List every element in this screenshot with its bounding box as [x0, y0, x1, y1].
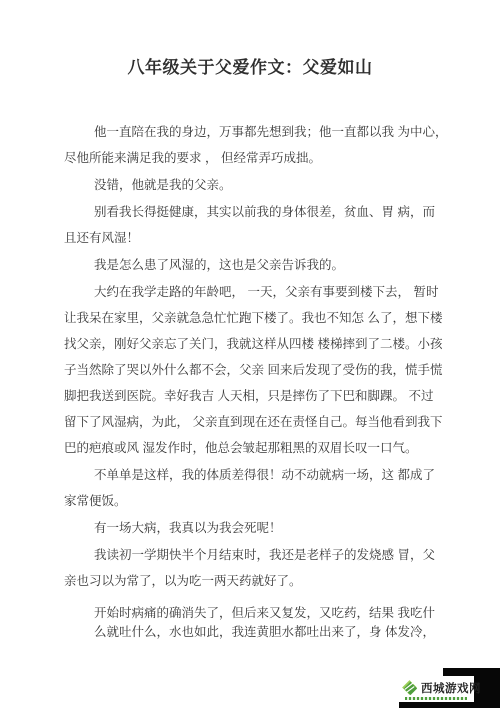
text-line: 有一场大病，我真以为我会死呢！ [64, 515, 446, 541]
watermark-tagline [405, 697, 467, 700]
text-line: 脚把我送到医院。幸好我吉 人天相，只是摔伤了下巴和脚踝。 不过 [64, 383, 446, 409]
text-line: 别看我长得挺健康，其实以前我的身体很差，贫血、胃 病，而 [64, 199, 446, 225]
page-title: 八年级关于父爱作文：父爱如山 [0, 56, 500, 80]
text-line: 让我呆在家里，父亲就急急忙忙跑下楼了。我也不知怎 么了，想下楼 [64, 305, 446, 331]
text-line: 大约在我学走路的年龄吧， 一天，父亲有事要到楼下去， 暂时 [64, 279, 446, 305]
text-line: 家常便饭。 [64, 488, 446, 514]
text-line: 他一直陪在我的身边，万事都先想到我；他一直都以我 为中心， [64, 119, 446, 145]
text-line: 我读初一学期快半个月结束时，我还是老样子的发烧感 冒，父 [64, 542, 446, 568]
text-line: 么就吐什么，水也如此，我连黄胆水都吐出来了，身 体发冷， [64, 623, 446, 642]
paragraph: 不单单是这样，我的体质差得很！动不动就病一场，这 都成了家常便饭。 [64, 462, 446, 514]
watermark-backdrop-bottom [399, 701, 500, 708]
text-line: 亲也习以为常了，以为吃一两天药就好了。 [64, 568, 446, 594]
text-line: 没错，他就是我的父亲。 [64, 172, 446, 198]
paragraph: 有一场大病，我真以为我会死呢！ [64, 515, 446, 541]
text-line: 子当然除了哭以外什么都不会，父亲 回来后发现了受伤的我，慌手慌 [64, 357, 446, 383]
text-line: 找父亲，刚好父亲忘了关门，我就这样从四楼 楼梯摔到了二楼。小孩 [64, 331, 446, 357]
paragraph: 我是怎么患了风湿的，这也是父亲告诉我的。 [64, 252, 446, 278]
text-line: 我是怎么患了风湿的，这也是父亲告诉我的。 [64, 252, 446, 278]
paragraph: 开始时病痛的确消失了，但后来又复发，又吃药，结果 我吃什么就吐什么，水也如此，我… [64, 604, 446, 642]
text-line: 尽他所能来满足我的要求 ， 但经常弄巧成拙。 [64, 145, 446, 171]
paragraph: 大约在我学走路的年龄吧， 一天，父亲有事要到楼下去， 暂时让我呆在家里，父亲就急… [64, 279, 446, 461]
watermark-label: 西城游戏网 [397, 676, 474, 702]
text-line: 留下了风湿病，为此， 父亲直到现在还在责怪自己。每当他看到我下 [64, 409, 446, 435]
text-line: 且还有风湿！ [64, 225, 446, 251]
page: { "title": "八年级关于父爱作文：父爱如山", "article": … [0, 0, 500, 708]
paragraph: 我读初一学期快半个月结束时，我还是老样子的发烧感 冒，父亲也习以为常了，以为吃一… [64, 542, 446, 594]
paragraph: 别看我长得挺健康，其实以前我的身体很差，贫血、胃 病，而且还有风湿！ [64, 199, 446, 251]
paragraph: 没错，他就是我的父亲。 [64, 172, 446, 198]
watermark: 西城游戏网 [399, 668, 500, 708]
paragraph: 他一直陪在我的身边，万事都先想到我；他一直都以我 为中心，尽他所能来满足我的要求… [64, 119, 446, 171]
text-line: 巴的疤痕或风 湿发作时，他总会皱起那粗黑的双眉长叹一口气。 [64, 435, 446, 461]
text-line: 开始时病痛的确消失了，但后来又复发，又吃药，结果 我吃什 [64, 604, 446, 623]
watermark-site-name: 西城游戏网 [421, 680, 481, 696]
watermark-logo-icon [400, 678, 419, 697]
text-line: 不单单是这样，我的体质差得很！动不动就病一场，这 都成了 [64, 462, 446, 488]
article-body: 他一直陪在我的身边，万事都先想到我；他一直都以我 为中心，尽他所能来满足我的要求… [64, 119, 446, 642]
